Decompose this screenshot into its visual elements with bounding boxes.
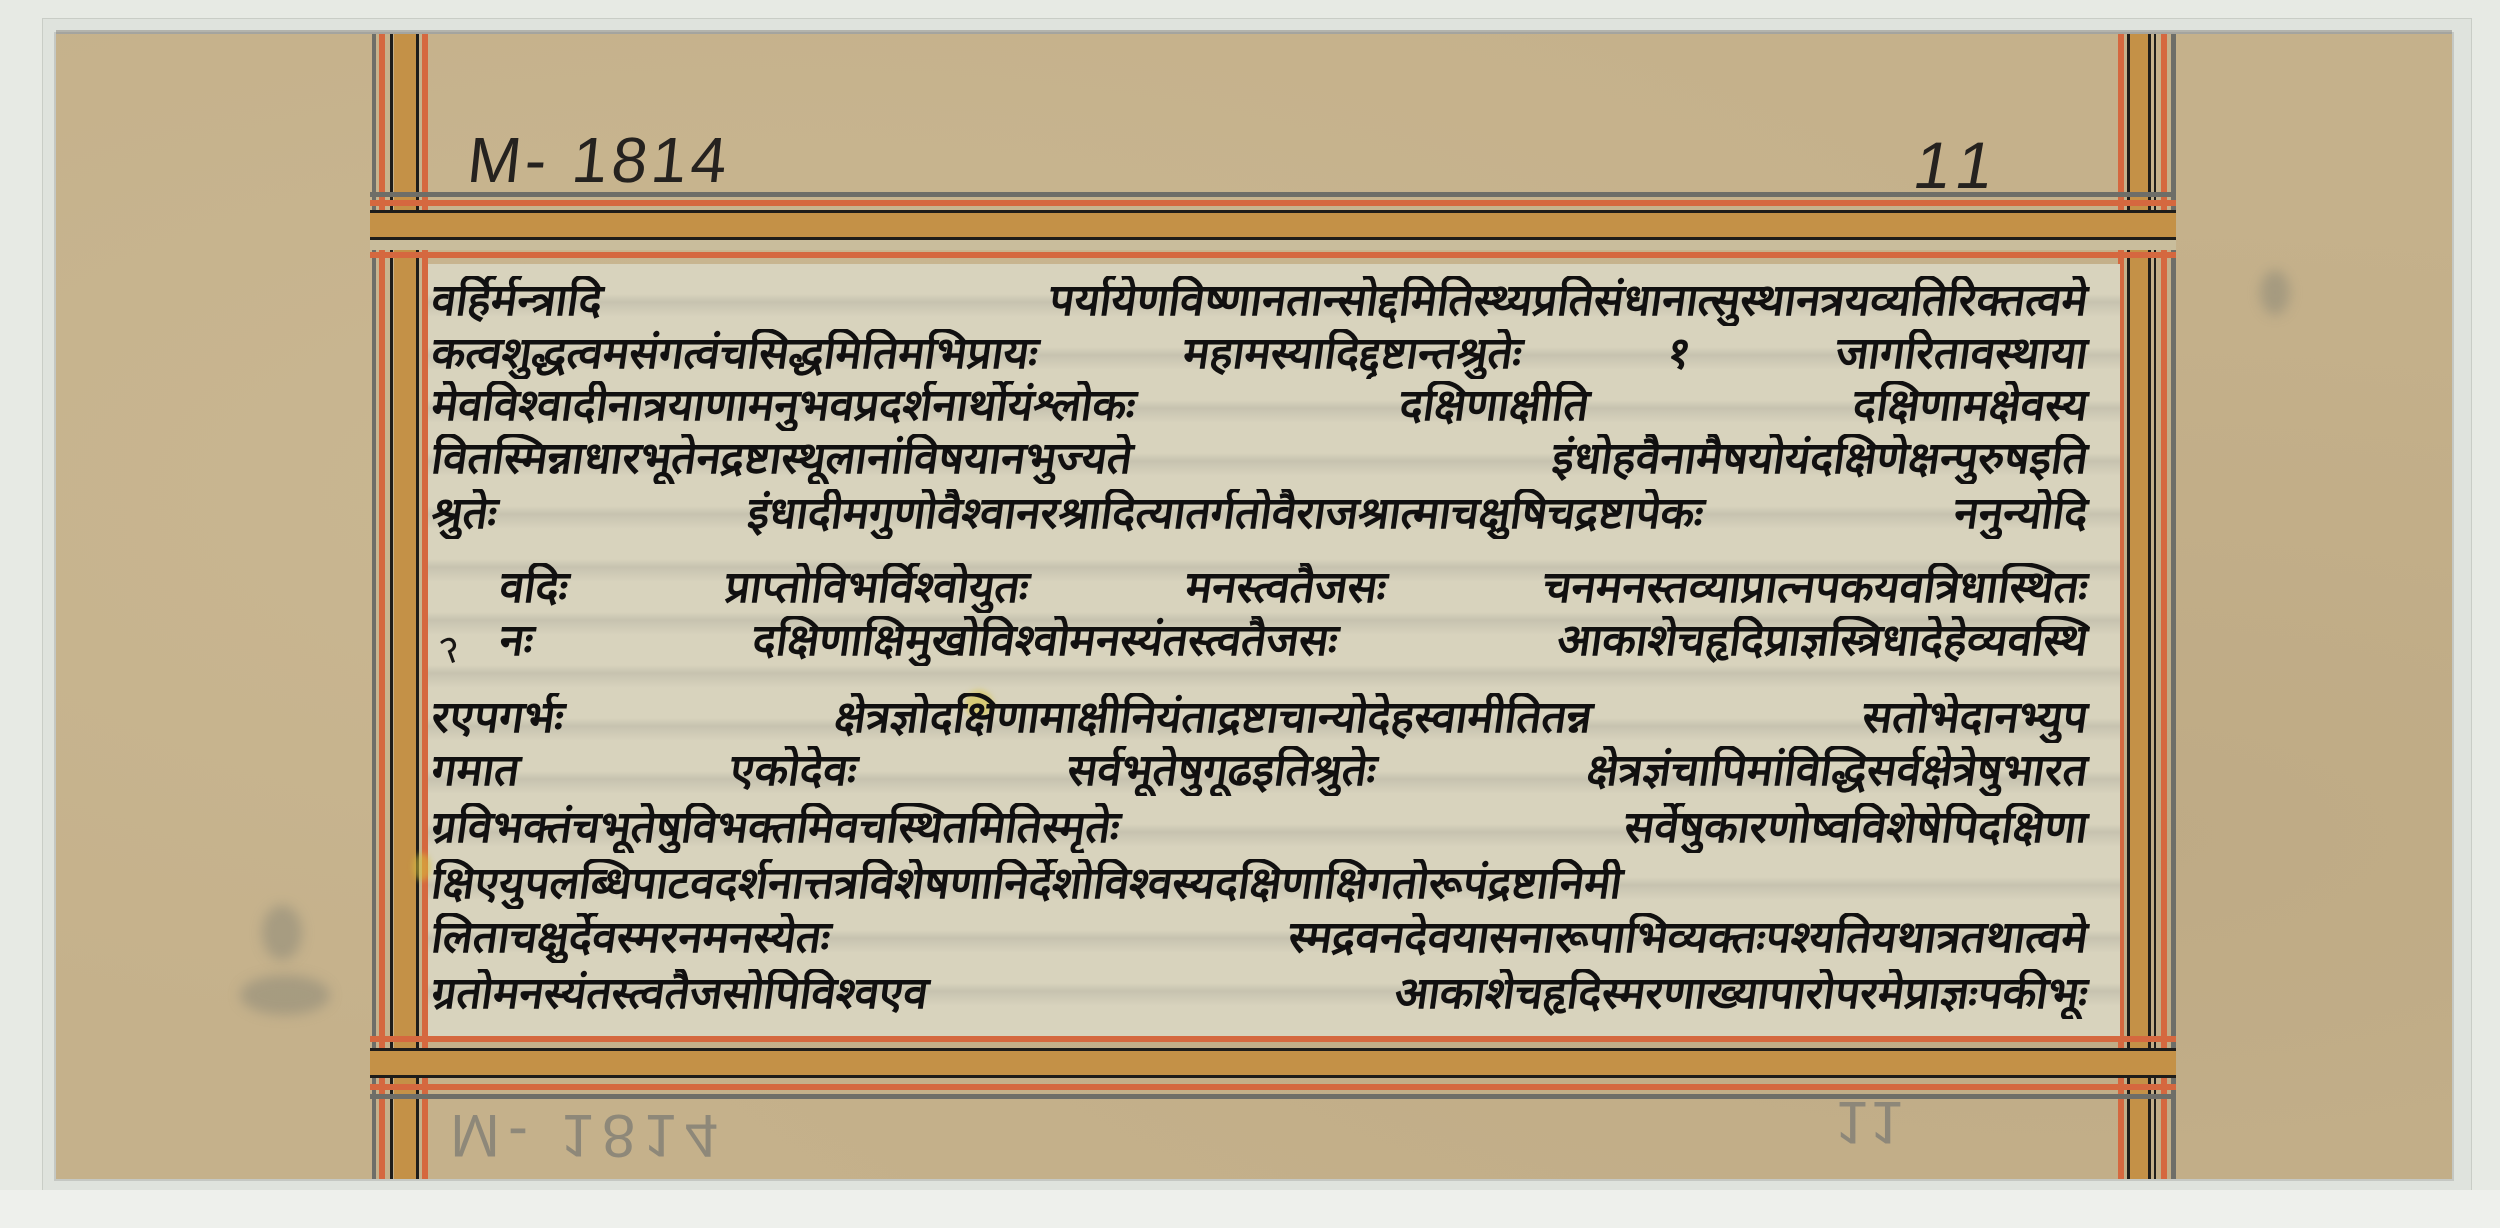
frame-band-tan <box>370 1051 2176 1075</box>
text-line-7: नः दक्षिणाक्षिमुखोविश्वोमनस्यंतस्त्वतैजस… <box>496 616 2091 666</box>
mount-lower-strip <box>0 1190 2500 1228</box>
pigment-spot <box>413 853 431 881</box>
text-line-4: वितस्मिन्नाधारभूतेनद्रष्टास्थूलानांविषया… <box>428 434 2091 484</box>
text-line-13: ग्रतोमनस्यंतस्त्वतैजसोपिविश्वएव आकाशेचहृ… <box>428 969 2091 1019</box>
text-line-9: गमात एकोदेवः सर्वभूतेषुगूढइतिश्रुतेः क्ष… <box>428 746 2091 796</box>
frame-line-orange <box>370 1036 2176 1042</box>
text-line-11: क्षिएयुपलब्धिपाटवदर्शनात्तत्रविशेषणानिर्… <box>428 859 2091 909</box>
text-line-1: वर्हिर्मन्त्रादि पर्यायेणविष्णानतान्सोद्… <box>428 276 2091 326</box>
frame-line-black <box>370 1075 2176 1078</box>
text-line-2: कत्वशुद्धत्वमसंगत्वंचसिद्धमितिमभिप्रायः … <box>428 329 2091 379</box>
bleed-through-manuscript-number: M- 1814 <box>450 1105 726 1165</box>
frame-line-orange <box>370 252 2176 258</box>
folio-number: 11 <box>1909 132 2009 198</box>
manuscript-number: M- 1814 <box>465 128 735 192</box>
text-line-5: श्रुतेः इंधादीमगुणोवैश्वानरश्रादित्यातर्… <box>428 489 2091 539</box>
text-line-6: वदिः प्राप्तोविभर्विश्वोयुतः मनस्त्वतैजस… <box>496 563 2091 613</box>
ink-smudge <box>262 905 302 960</box>
frame-gap <box>370 240 2176 250</box>
ink-smudge <box>240 975 330 1015</box>
text-line-10: ग्रविभक्तंचभूतेषुविभक्तमिवचस्थितमितिस्मृ… <box>428 803 2091 853</box>
bleed-through-folio-number: 11 <box>1835 1092 1909 1152</box>
text-line-12: लिताचक्षुर्देवस्मरनमनस्येतः स्मद्रवनदेवय… <box>428 913 2091 963</box>
frame-band-tan <box>370 213 2176 237</box>
text-line-3: मेवविश्वादीनात्रयाणामनुभवप्रदर्शनार्थोयं… <box>428 381 2091 431</box>
ink-smudge <box>2260 270 2290 315</box>
text-line-8: रएपगर्भः क्षेत्रज्ञोदक्षिणामाक्षीनियंताद… <box>428 693 2091 743</box>
top-frame-border <box>370 192 2176 266</box>
frame-line-orange <box>370 200 2176 206</box>
